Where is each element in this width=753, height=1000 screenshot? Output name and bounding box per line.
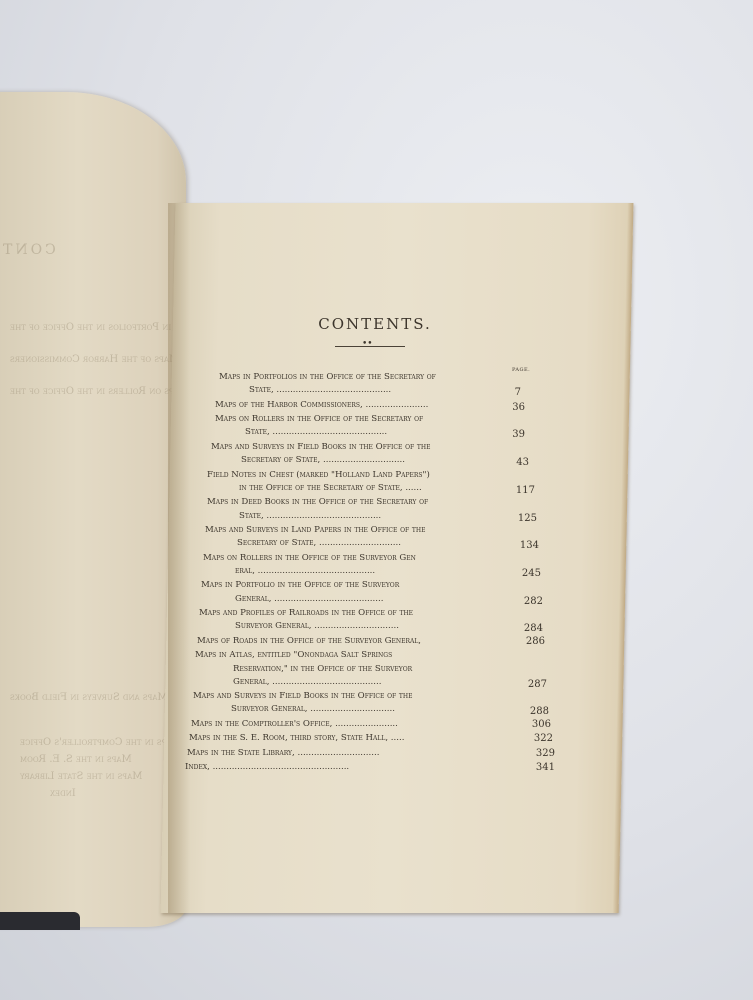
- ghost-line: Maps on Rollers in the Office of the: [10, 386, 189, 397]
- contents-entry: Maps and Surveys in Field Books in the O…: [211, 441, 555, 467]
- contents-entry: Maps and Surveys in Field Books in the O…: [193, 690, 555, 716]
- entry-line: Surveyor General, ......................…: [193, 703, 555, 716]
- entry-line: State, .................................…: [207, 510, 555, 523]
- entry-line: Maps and Profiles of Railroads in the Of…: [199, 607, 555, 620]
- entry-line: Maps in the S. E. Room, third story, Sta…: [189, 732, 555, 745]
- entry-page-number: 134: [520, 539, 539, 552]
- entry-line: Maps of Roads in the Office of the Surve…: [197, 635, 555, 648]
- entry-page-number: 329: [536, 747, 555, 760]
- entry-page-number: 306: [532, 718, 551, 731]
- entry-line: Maps on Rollers in the Office of the Sur…: [203, 552, 555, 565]
- entry-page-number: 341: [536, 761, 555, 774]
- contents-entry: Maps in Portfolio in the Office of the S…: [201, 579, 555, 605]
- entry-page-number: 36: [512, 401, 525, 414]
- contents-entry: Maps in Atlas, entitled "Onondaga Salt S…: [195, 649, 555, 689]
- entry-line: Maps in the State Library, .............…: [187, 747, 555, 760]
- entry-line: Maps in the Comptroller's Office, ......…: [191, 718, 555, 731]
- entry-line: Secretary of State, ....................…: [211, 454, 555, 467]
- entry-line: Maps of the Harbor Commissioners, ......…: [215, 399, 555, 412]
- entry-line: General, ...............................…: [201, 593, 555, 606]
- entry-line: Maps in Deed Books in the Office of the …: [207, 496, 555, 509]
- table-of-contents: CONTENTS. •• PAGE. Maps in Portfolios in…: [185, 315, 555, 349]
- contents-entry: Maps on Rollers in the Office of the Sur…: [203, 552, 555, 578]
- contents-entry: Maps in Deed Books in the Office of the …: [207, 496, 555, 522]
- entry-page-number: 43: [516, 456, 529, 469]
- entry-page-number: 288: [530, 705, 549, 718]
- ghost-line: Index: [50, 788, 76, 799]
- contents-entries: Maps in Portfolios in the Office of the …: [185, 371, 555, 776]
- entry-line: State, .................................…: [215, 426, 555, 439]
- ghost-line: Maps in the State Library: [20, 771, 142, 782]
- entry-line: eral, ..................................…: [203, 565, 555, 578]
- contents-entry: Maps in Portfolios in the Office of the …: [219, 371, 555, 397]
- entry-page-number: 39: [512, 428, 525, 441]
- entry-page-number: 245: [522, 567, 541, 580]
- contents-entry: Index, .................................…: [185, 761, 555, 774]
- book-cover-edge: [0, 912, 80, 930]
- entry-page-number: 117: [516, 484, 535, 497]
- entry-page-number: 322: [534, 732, 553, 745]
- entry-line: Secretary of State, ....................…: [205, 537, 555, 550]
- contents-entry: Maps in the State Library, .............…: [187, 747, 555, 760]
- contents-entry: Maps of Roads in the Office of the Surve…: [197, 635, 555, 648]
- entry-line: Maps in Portfolios in the Office of the …: [219, 371, 555, 384]
- contents-entry: Maps and Surveys in Land Papers in the O…: [205, 524, 555, 550]
- left-page: CONT Maps in Portfolios in the Office of…: [0, 92, 186, 927]
- contents-entry: Maps on Rollers in the Office of the Sec…: [215, 413, 555, 439]
- entry-line: Maps and Surveys in Field Books in the O…: [211, 441, 555, 454]
- entry-line: Maps and Surveys in Field Books in the O…: [193, 690, 555, 703]
- entry-line: Maps and Surveys in Land Papers in the O…: [205, 524, 555, 537]
- entry-line: Reservation," in the Office of the Surve…: [195, 663, 555, 676]
- entry-line: Index, .................................…: [185, 761, 555, 774]
- contents-entry: Maps and Profiles of Railroads in the Of…: [199, 607, 555, 633]
- contents-entry: Maps of the Harbor Commissioners, ......…: [215, 399, 555, 412]
- entry-line: Maps on Rollers in the Office of the Sec…: [215, 413, 555, 426]
- ornament-dots: ••: [362, 339, 373, 349]
- entry-line: Maps in Atlas, entitled "Onondaga Salt S…: [195, 649, 555, 662]
- contents-title: CONTENTS.: [195, 315, 555, 333]
- entry-line: Surveyor General, ......................…: [199, 620, 555, 633]
- ghost-line: Maps and Surveys in Field Books: [10, 692, 168, 703]
- contents-entry: Maps in the Comptroller's Office, ......…: [191, 718, 555, 731]
- contents-entry: Field Notes in Chest (marked "Holland La…: [207, 469, 555, 495]
- entry-page-number: 287: [528, 678, 547, 691]
- ghost-title: CONT: [0, 242, 56, 258]
- contents-entry: Maps in the S. E. Room, third story, Sta…: [189, 732, 555, 745]
- entry-line: General, ...............................…: [195, 676, 555, 689]
- ghost-line: Maps of the Harbor Commissioners: [10, 354, 179, 365]
- ghost-line: Maps in the Comptroller's Office: [20, 737, 182, 748]
- entry-page-number: 125: [518, 512, 537, 525]
- title-ornament: ••: [335, 343, 405, 349]
- entry-line: Maps in Portfolio in the Office of the S…: [201, 579, 555, 592]
- ghost-line: Maps in the S. E. Room: [20, 754, 132, 765]
- entry-line: State, .................................…: [219, 384, 555, 397]
- entry-page-number: 286: [526, 635, 545, 648]
- entry-page-number: 7: [515, 386, 521, 399]
- entry-line: in the Office of the Secretary of State,…: [207, 482, 555, 495]
- entry-page-number: 282: [524, 595, 543, 608]
- entry-line: Field Notes in Chest (marked "Holland La…: [207, 469, 555, 482]
- entry-page-number: 284: [524, 622, 543, 635]
